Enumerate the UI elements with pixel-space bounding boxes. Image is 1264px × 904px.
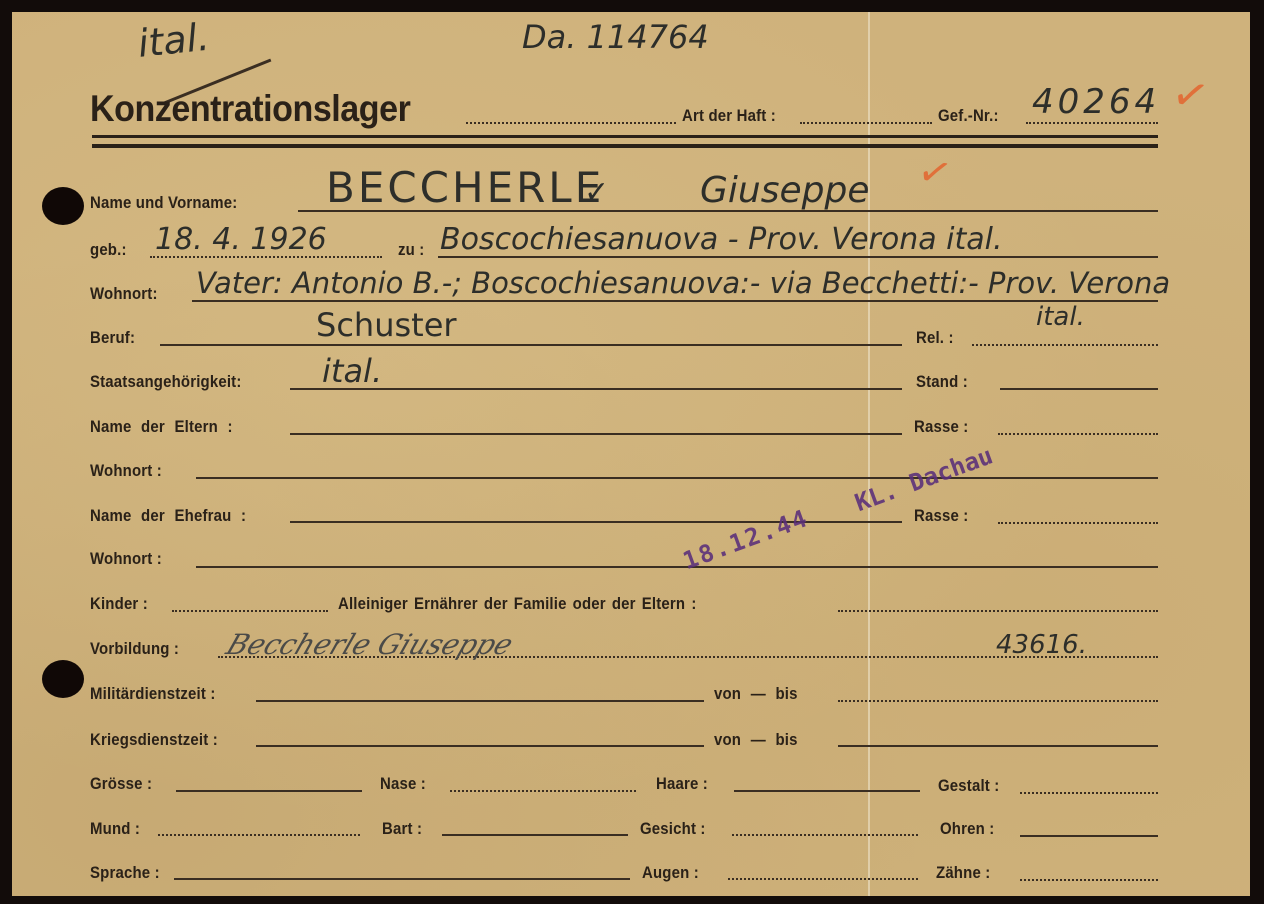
haare-field-line: [734, 790, 920, 792]
beruf-label: Beruf:: [90, 328, 135, 348]
gestalt-field-line: [1020, 792, 1158, 794]
ohren-label: Ohren :: [940, 819, 994, 839]
groesse-field-line: [176, 790, 362, 792]
mund-label: Mund :: [90, 819, 140, 839]
gesicht-label: Gesicht :: [640, 819, 706, 839]
kinder-label: Kinder :: [90, 594, 148, 614]
gestalt-label: Gestalt :: [938, 776, 999, 796]
beruf-field-line: [160, 344, 902, 346]
wohnort-ital-note: ital.: [1036, 302, 1085, 332]
ernaehrer-label: Alleiniger Ernährer der Familie oder der…: [338, 594, 696, 614]
militaerdienstzeit-field-line: [256, 700, 704, 702]
art-der-haft-field: [800, 122, 932, 124]
punch-hole-top: [42, 187, 84, 225]
punch-hole-bottom: [42, 660, 84, 698]
eltern-label: Name der Eltern :: [90, 417, 233, 437]
groesse-label: Grösse :: [90, 774, 152, 794]
header-rule-thin: [92, 135, 1158, 138]
ehefrau-wohnort-label: Wohnort :: [90, 549, 162, 569]
rasse-label: Rasse :: [914, 417, 968, 437]
ehefrau-rasse-field-line: [998, 522, 1158, 524]
nase-field-line: [450, 790, 636, 792]
stand-field-line: [1000, 388, 1158, 390]
vorbildung-label: Vorbildung :: [90, 639, 179, 659]
beruf-value: Schuster: [316, 306, 457, 344]
eltern-wohnort-label: Wohnort :: [90, 461, 162, 481]
staatsangehoerigkeit-label: Staatsangehörigkeit:: [90, 372, 241, 392]
name-label: Name und Vorname:: [90, 193, 237, 213]
ehefrau-rasse-label: Rasse :: [914, 506, 968, 526]
haare-label: Haare :: [656, 774, 708, 794]
augen-label: Augen :: [642, 863, 699, 883]
nase-label: Nase :: [380, 774, 426, 794]
kinder-field-line: [172, 610, 328, 612]
rel-label: Rel. :: [916, 328, 954, 348]
zu-value: Boscochiesanuova - Prov. Verona ital.: [440, 222, 1003, 257]
sprache-field-line: [174, 878, 630, 880]
zaehne-field-line: [1020, 879, 1158, 881]
geb-label: geb.:: [90, 240, 127, 260]
wohnort-value: Vater: Antonio B.-; Boscochiesanuova:- v…: [196, 266, 1170, 300]
zaehne-label: Zähne :: [936, 863, 990, 883]
ehefrau-wohnort-field-line: [196, 566, 1158, 568]
gesicht-field-line: [732, 834, 918, 836]
header-rule-thick: [92, 144, 1158, 148]
bart-field-line: [442, 834, 628, 836]
kriegsdienstzeit-label: Kriegsdienstzeit :: [90, 730, 218, 750]
handwritten-ital-note: ital.: [136, 15, 212, 66]
eltern-field-line: [290, 433, 902, 435]
zu-label: zu :: [398, 240, 424, 260]
surname-check: ✓: [584, 175, 609, 210]
militaer-von-bis-field-line: [838, 700, 1158, 702]
militaerdienstzeit-label: Militärdienstzeit :: [90, 684, 216, 704]
sprache-label: Sprache :: [90, 863, 160, 883]
militaer-von-bis-label: von — bis: [714, 684, 798, 704]
eltern-wohnort-field-line: [196, 477, 1158, 479]
gef-nr-field-line: [1026, 122, 1158, 124]
krieg-von-bis-field-line: [838, 745, 1158, 747]
kl-field-line: [466, 122, 676, 124]
ernaehrer-field-line: [838, 610, 1158, 612]
surname-value: BECCHERLE: [326, 163, 604, 212]
krieg-von-bis-label: von — bis: [714, 730, 798, 750]
gef-nr-value: 40264: [1032, 82, 1160, 122]
gef-nr-label: Gef.-Nr.:: [938, 106, 999, 126]
ehefrau-field-line: [290, 521, 902, 523]
rel-field-line: [972, 344, 1158, 346]
rasse-field-line: [998, 433, 1158, 435]
geb-value: 18. 4. 1926: [155, 222, 327, 257]
mund-field-line: [158, 834, 360, 836]
ohren-field-line: [1020, 835, 1158, 837]
signature: Beccherle Giuseppe: [222, 628, 518, 661]
handwritten-da-number: Da. 114764: [522, 18, 709, 56]
bart-label: Bart :: [382, 819, 422, 839]
staatsangehoerigkeit-value: ital.: [322, 352, 382, 390]
augen-field-line: [728, 878, 918, 880]
art-der-haft-label: Art der Haft :: [682, 106, 776, 126]
vorbildung-number: 43616.: [996, 630, 1087, 660]
wohnort-label: Wohnort:: [90, 284, 158, 304]
stand-label: Stand :: [916, 372, 968, 392]
wohnort-field-line: [192, 300, 1158, 302]
kriegsdienstzeit-field-line: [256, 745, 704, 747]
ehefrau-label: Name der Ehefrau :: [90, 506, 246, 526]
card-title: Konzentrationslager: [90, 88, 410, 130]
firstname-value: Giuseppe: [700, 170, 869, 211]
